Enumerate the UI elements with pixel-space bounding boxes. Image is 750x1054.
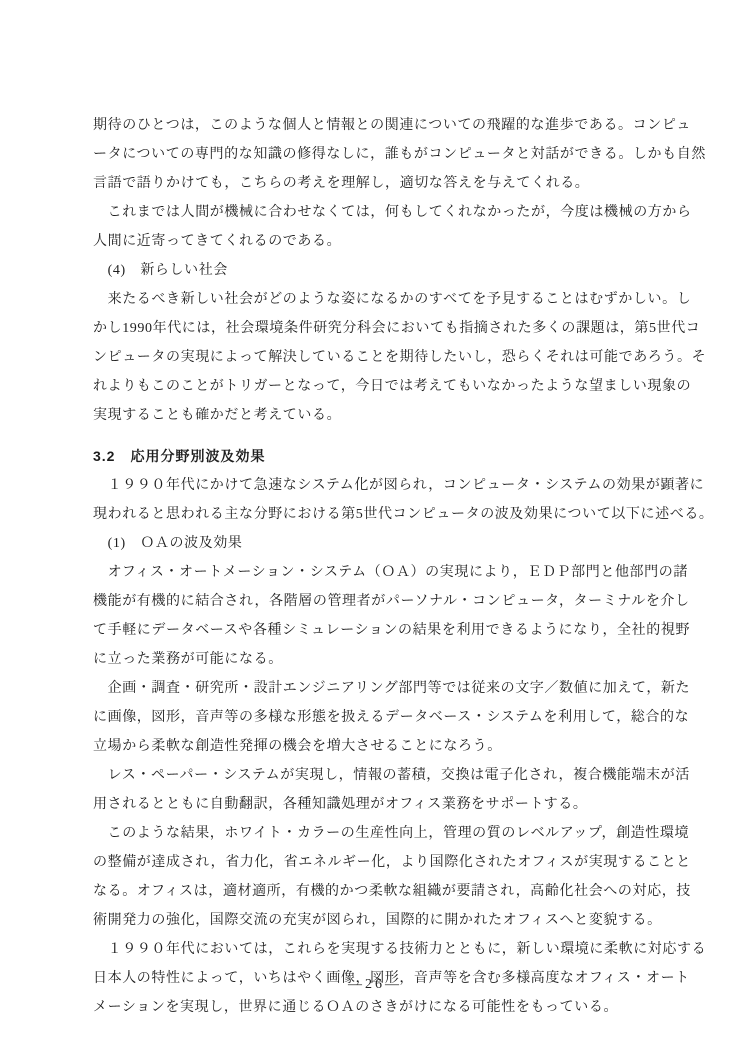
item-heading-1-oa-effects: (1) ＯＡの波及効果 bbox=[93, 529, 711, 558]
text-line: の整備が達成され，省力化，省エネルギー化，より国際化されたオフィスが実現すること… bbox=[93, 848, 711, 877]
text-line: これまでは人間が機械に合わせなくては，何もしてくれなかったが，今度は機械の方から bbox=[93, 198, 711, 227]
paragraph-continued: 期待のひとつは，このような個人と情報との関連についての飛躍的な進歩である。コンピ… bbox=[93, 111, 711, 198]
page-number: —26— bbox=[0, 970, 750, 999]
text-line: ータについての専門的な知識の修得なしに，誰もがコンピュータと対話ができる。しかも… bbox=[93, 140, 711, 169]
text-line: 用されるとともに自動翻訳，各種知識処理がオフィス業務をサポートする。 bbox=[93, 790, 711, 819]
text-line: に立った業務が可能になる。 bbox=[93, 645, 711, 674]
text-line: 実現することも確かだと考えている。 bbox=[93, 401, 711, 430]
page-body: 期待のひとつは，このような個人と情報との関連についての飛躍的な進歩である。コンピ… bbox=[93, 111, 711, 1022]
text-line: １９９０年代においては，これらを実現する技術力とともに，新しい環境に柔軟に対応す… bbox=[93, 935, 711, 964]
paragraph: 来たるべき新しい社会がどのような姿になるかのすべてを予見することはむずかしい。し… bbox=[93, 285, 711, 430]
text-line: 企画・調査・研究所・設計エンジニアリング部門等では従来の文字／数値に加えて，新た bbox=[93, 674, 711, 703]
text-line: 機能が有機的に結合され，各階層の管理者がパーソナル・コンピュータ，ターミナルを介… bbox=[93, 587, 711, 616]
paragraph: これまでは人間が機械に合わせなくては，何もしてくれなかったが，今度は機械の方から… bbox=[93, 198, 711, 256]
text-line: オフィス・オートメーション・システム（ＯＡ）の実現により，ＥＤＰ部門と他部門の諸 bbox=[93, 558, 711, 587]
text-line: 期待のひとつは，このような個人と情報との関連についての飛躍的な進歩である。コンピ… bbox=[93, 111, 711, 140]
text-line: ンピュータの実現によって解決していることを期待したいし，恐らくそれは可能であろう… bbox=[93, 343, 711, 372]
text-line: レス・ペーパー・システムが実現し，情報の蓄積，交換は電子化され，複合機能端末が活 bbox=[93, 761, 711, 790]
item-heading-4-new-society: (4) 新らしい社会 bbox=[93, 256, 711, 285]
paragraph: レス・ペーパー・システムが実現し，情報の蓄積，交換は電子化され，複合機能端末が活… bbox=[93, 761, 711, 819]
text-line: れよりもこのことがトリガーとなって，今日では考えてもいなかったような望ましい現象… bbox=[93, 372, 711, 401]
text-line: 人間に近寄ってきてくれるのである。 bbox=[93, 227, 711, 256]
paragraph: 企画・調査・研究所・設計エンジニアリング部門等では従来の文字／数値に加えて，新た… bbox=[93, 674, 711, 761]
text-line: このような結果，ホワイト・カラーの生産性向上，管理の質のレベルアップ，創造性環境 bbox=[93, 819, 711, 848]
text-line: かし1990年代には，社会環境条件研究分科会においても指摘された多くの課題は，第… bbox=[93, 314, 711, 343]
text-line: 言語で語りかけても，こちらの考えを理解し，適切な答えを与えてくれる。 bbox=[93, 169, 711, 198]
text-line: 立場から柔軟な創造性発揮の機会を増大させることになろう。 bbox=[93, 732, 711, 761]
text-line: 現われると思われる主な分野における第5世代コンピュータの波及効果について以下に述… bbox=[93, 500, 711, 529]
text-line: 術開発力の強化，国際交流の充実が図られ，国際的に開かれたオフィスへと変貌する。 bbox=[93, 906, 711, 935]
text-line: に画像，図形，音声等の多様な形態を扱えるデータベース・システムを利用して，総合的… bbox=[93, 703, 711, 732]
text-line: なる。オフィスは，適材適所，有機的かつ柔軟な組織が要請され，高齢化社会への対応，… bbox=[93, 877, 711, 906]
document-page: 期待のひとつは，このような個人と情報との関連についての飛躍的な進歩である。コンピ… bbox=[0, 0, 750, 1054]
paragraph: １９９０年代にかけて急速なシステム化が図られ，コンピュータ・システムの効果が顕著… bbox=[93, 471, 711, 529]
text-line: て手軽にデータベースや各種シミュレーションの結果を利用できるようになり，全社的視… bbox=[93, 616, 711, 645]
paragraph: このような結果，ホワイト・カラーの生産性向上，管理の質のレベルアップ，創造性環境… bbox=[93, 819, 711, 935]
text-line: １９９０年代にかけて急速なシステム化が図られ，コンピュータ・システムの効果が顕著… bbox=[93, 471, 711, 500]
section-heading-3-2: 3.2 応用分野別波及効果 bbox=[93, 442, 711, 471]
paragraph: オフィス・オートメーション・システム（ＯＡ）の実現により，ＥＤＰ部門と他部門の諸… bbox=[93, 558, 711, 674]
text-line: 来たるべき新しい社会がどのような姿になるかのすべてを予見することはむずかしい。し bbox=[93, 285, 711, 314]
